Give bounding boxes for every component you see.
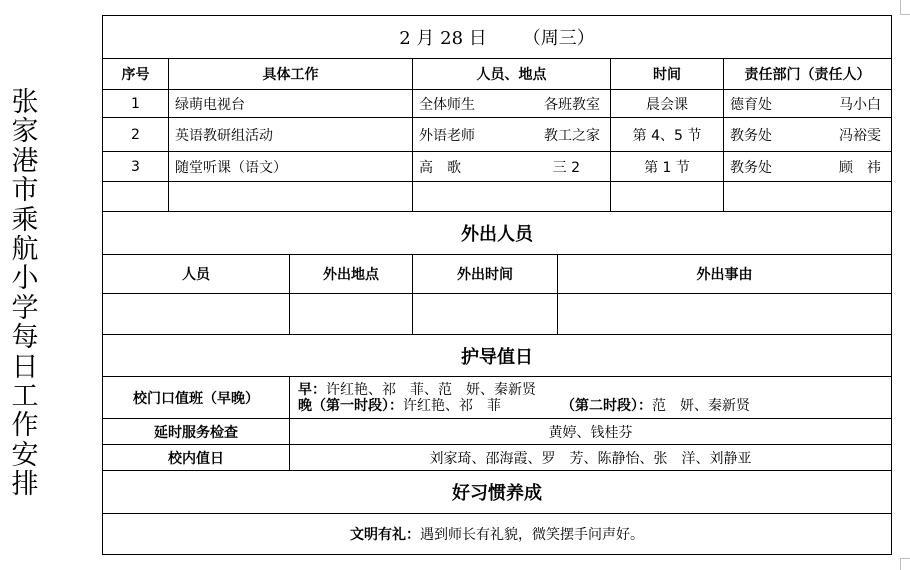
row-2-people-place: 外语老师 教工之家 [412, 117, 611, 152]
weekday-text: （周三） [523, 24, 595, 50]
row-3-no: 3 [102, 151, 169, 182]
col-header-task: 具体工作 [168, 58, 413, 90]
school-daily-schedule-title: 张 家 港 市 乘 航 小 学 每 日 工 作 安 排 [8, 88, 42, 500]
row-3-people-place: 高 歌 三 2 [412, 151, 611, 182]
row-3-people: 高 歌 [419, 157, 461, 177]
habit-label: 文明有礼： [350, 524, 420, 544]
row-3-dept: 教务处 顾 祎 [723, 151, 892, 182]
title-char: 排 [8, 470, 42, 499]
row-2-task: 英语教研组活动 [168, 117, 413, 152]
row-1-people-place: 全体师生 各班教室 [412, 89, 611, 118]
outing-col-place: 外出地点 [289, 254, 413, 294]
row-4-people-place [412, 181, 611, 212]
on-campus-duty-label: 校内值日 [102, 444, 290, 471]
evening-second-staff: 范 妍、秦新贤 [652, 398, 750, 414]
gate-duty-value: 早：许红艳、祁 菲、范 妍、秦新贤 晚（第一时段）：许红艳、祁 菲（第二时段）：… [289, 376, 892, 419]
col-header-people-place: 人员、地点 [412, 58, 611, 90]
title-char: 每 [8, 323, 42, 352]
row-2-people: 外语老师 [419, 125, 475, 145]
outing-row-place [289, 293, 413, 335]
outing-col-person: 人员 [102, 254, 290, 294]
schedule-table: 2 月 28 日 （周三） 序号 具体工作 人员、地点 时间 责任部门（责任人）… [102, 15, 892, 555]
title-char: 航 [8, 235, 42, 264]
title-char: 张 [8, 88, 42, 117]
title-char: 乘 [8, 206, 42, 235]
on-campus-duty-value: 刘家琦、邵海霞、罗 芳、陈静怡、张 洋、刘静亚 [289, 444, 892, 471]
outing-row-person [102, 293, 290, 335]
row-1-place: 各班教室 [544, 94, 600, 114]
row-2-dept-name: 教务处 [730, 125, 772, 145]
row-3-dept-name: 教务处 [730, 157, 772, 177]
gate-morning-line: 早：许红艳、祁 菲、范 妍、秦新贤 [298, 382, 536, 398]
page-corner-mark [900, 558, 910, 570]
title-char: 市 [8, 176, 42, 205]
row-3-owner: 顾 祎 [839, 157, 881, 177]
title-char: 小 [8, 264, 42, 293]
row-1-time: 晨会课 [610, 89, 724, 118]
evening-first-label: 晚（第一时段）： [298, 398, 403, 414]
outing-section-title: 外出人员 [102, 211, 892, 255]
title-char: 学 [8, 294, 42, 323]
row-4-no [102, 181, 169, 212]
title-char: 日 [8, 353, 42, 382]
habit-section-title: 好习惯养成 [102, 470, 892, 514]
title-char: 家 [8, 117, 42, 146]
outing-row-time [412, 293, 558, 335]
col-header-dept: 责任部门（责任人） [723, 58, 892, 90]
row-1-people: 全体师生 [419, 94, 475, 114]
row-3-place: 三 2 [553, 157, 580, 177]
habit-content: 文明有礼：遇到师长有礼貌，微笑摆手问声好。 [102, 513, 892, 555]
row-1-task: 绿萌电视台 [168, 89, 413, 118]
row-3-task: 随堂听课（语文） [168, 151, 413, 182]
title-char: 作 [8, 411, 42, 440]
after-school-check-label: 延时服务检查 [102, 418, 290, 445]
row-4-time [610, 181, 724, 212]
title-char: 港 [8, 147, 42, 176]
title-char: 安 [8, 441, 42, 470]
col-header-no: 序号 [102, 58, 169, 90]
duty-section-title: 护导值日 [102, 334, 892, 377]
col-header-time: 时间 [610, 58, 724, 90]
evening-first-staff: 许红艳、祁 菲 [403, 398, 501, 414]
outing-col-reason: 外出事由 [557, 254, 892, 294]
outing-row-reason [557, 293, 892, 335]
morning-staff: 许红艳、祁 菲、范 妍、秦新贤 [326, 382, 536, 398]
row-4-task [168, 181, 413, 212]
row-2-no: 2 [102, 117, 169, 152]
row-1-owner: 马小白 [839, 94, 881, 114]
habit-text: 遇到师长有礼貌，微笑摆手问声好。 [420, 524, 644, 544]
row-2-dept: 教务处 冯裕雯 [723, 117, 892, 152]
outing-col-time: 外出时间 [412, 254, 558, 294]
row-4-dept [723, 181, 892, 212]
row-2-place: 教工之家 [544, 125, 600, 145]
morning-label: 早： [298, 382, 326, 398]
evening-second-label: （第二时段）： [561, 398, 652, 414]
row-2-owner: 冯裕雯 [839, 125, 881, 145]
row-1-dept: 德育处 马小白 [723, 89, 892, 118]
page-corner-mark [900, 0, 910, 15]
date-text: 2 月 28 日 [399, 24, 487, 50]
row-2-time: 第 4、5 节 [610, 117, 724, 152]
title-char: 工 [8, 382, 42, 411]
date-header: 2 月 28 日 （周三） [102, 15, 892, 59]
row-3-time: 第 1 节 [610, 151, 724, 182]
gate-evening-line: 晚（第一时段）：许红艳、祁 菲（第二时段）：范 妍、秦新贤 [298, 398, 750, 414]
gate-duty-label: 校门口值班（早晚） [102, 376, 290, 419]
after-school-check-value: 黄婷、钱桂芬 [289, 418, 892, 445]
row-1-dept-name: 德育处 [730, 94, 772, 114]
row-1-no: 1 [102, 89, 169, 118]
